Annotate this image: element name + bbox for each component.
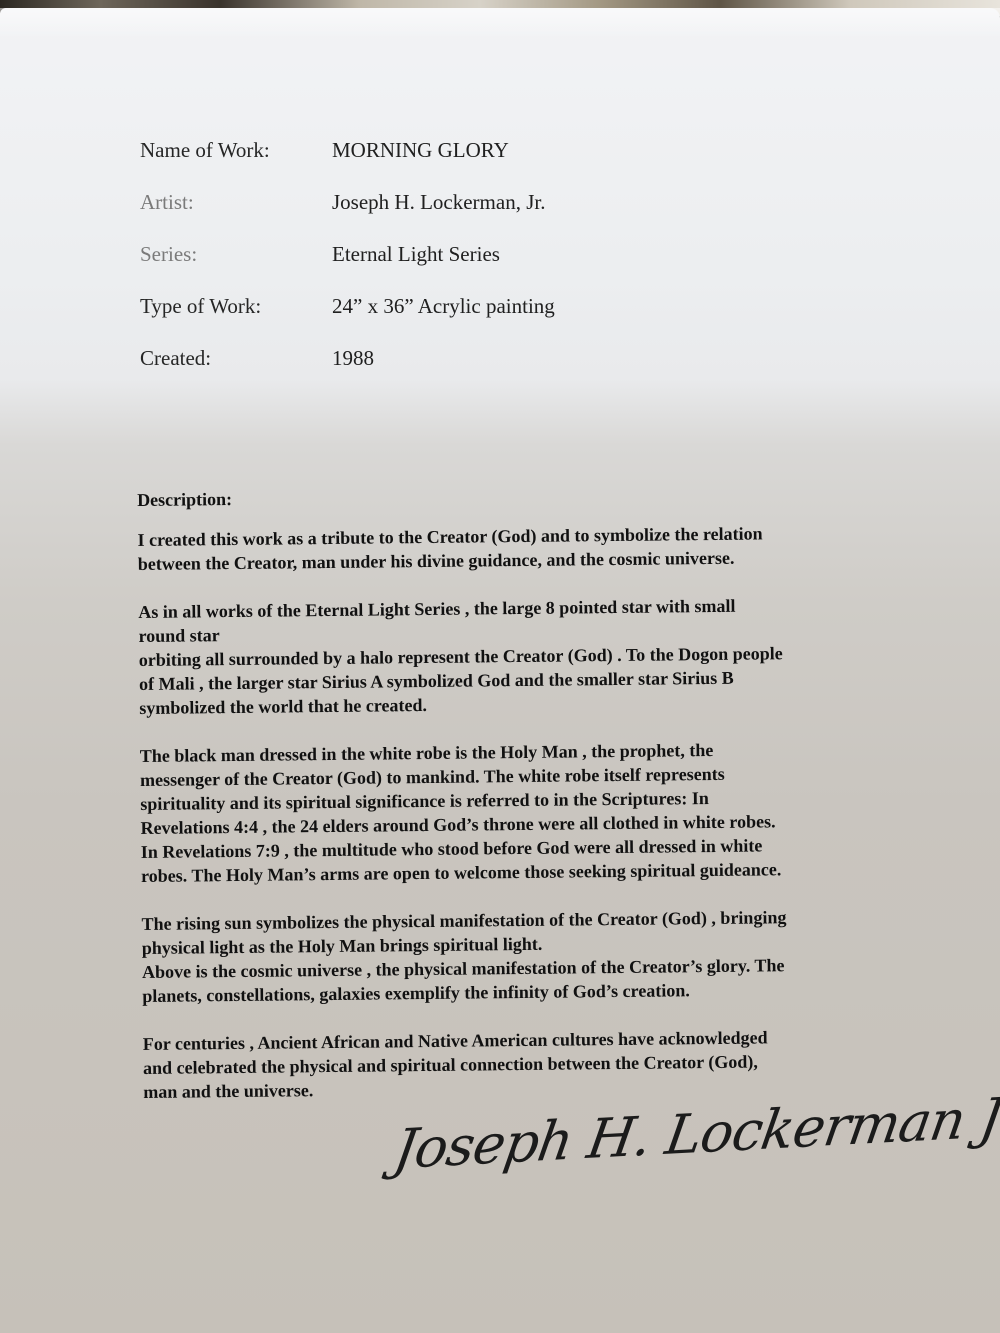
- field-label: Created:: [140, 346, 330, 371]
- field-value: 24” x 36” Acrylic painting: [332, 294, 555, 319]
- description-paragraph: The black man dressed in the white robe …: [140, 736, 901, 888]
- field-label: Series:: [140, 242, 330, 267]
- field-label: Type of Work:: [140, 294, 330, 319]
- description-heading: Description:: [137, 480, 897, 512]
- field-value: MORNING GLORY: [332, 138, 509, 163]
- field-label: Artist:: [140, 190, 330, 215]
- description-paragraph: The rising sun symbolizes the physical m…: [141, 904, 902, 1008]
- field-value: Joseph H. Lockerman, Jr.: [332, 190, 545, 215]
- document-sheet: Name of Work: MORNING GLORY Artist: Jose…: [0, 8, 1000, 1333]
- field-value: Eternal Light Series: [332, 242, 500, 267]
- field-value: 1988: [332, 346, 374, 371]
- description-section: Description: I created this work as a tr…: [137, 480, 904, 1128]
- description-paragraph: As in all works of the Eternal Light Ser…: [138, 592, 899, 720]
- description-paragraph: For centuries , Ancient African and Nati…: [143, 1024, 904, 1104]
- field-label: Name of Work:: [140, 138, 330, 163]
- description-paragraph: I created this work as a tribute to the …: [137, 520, 897, 576]
